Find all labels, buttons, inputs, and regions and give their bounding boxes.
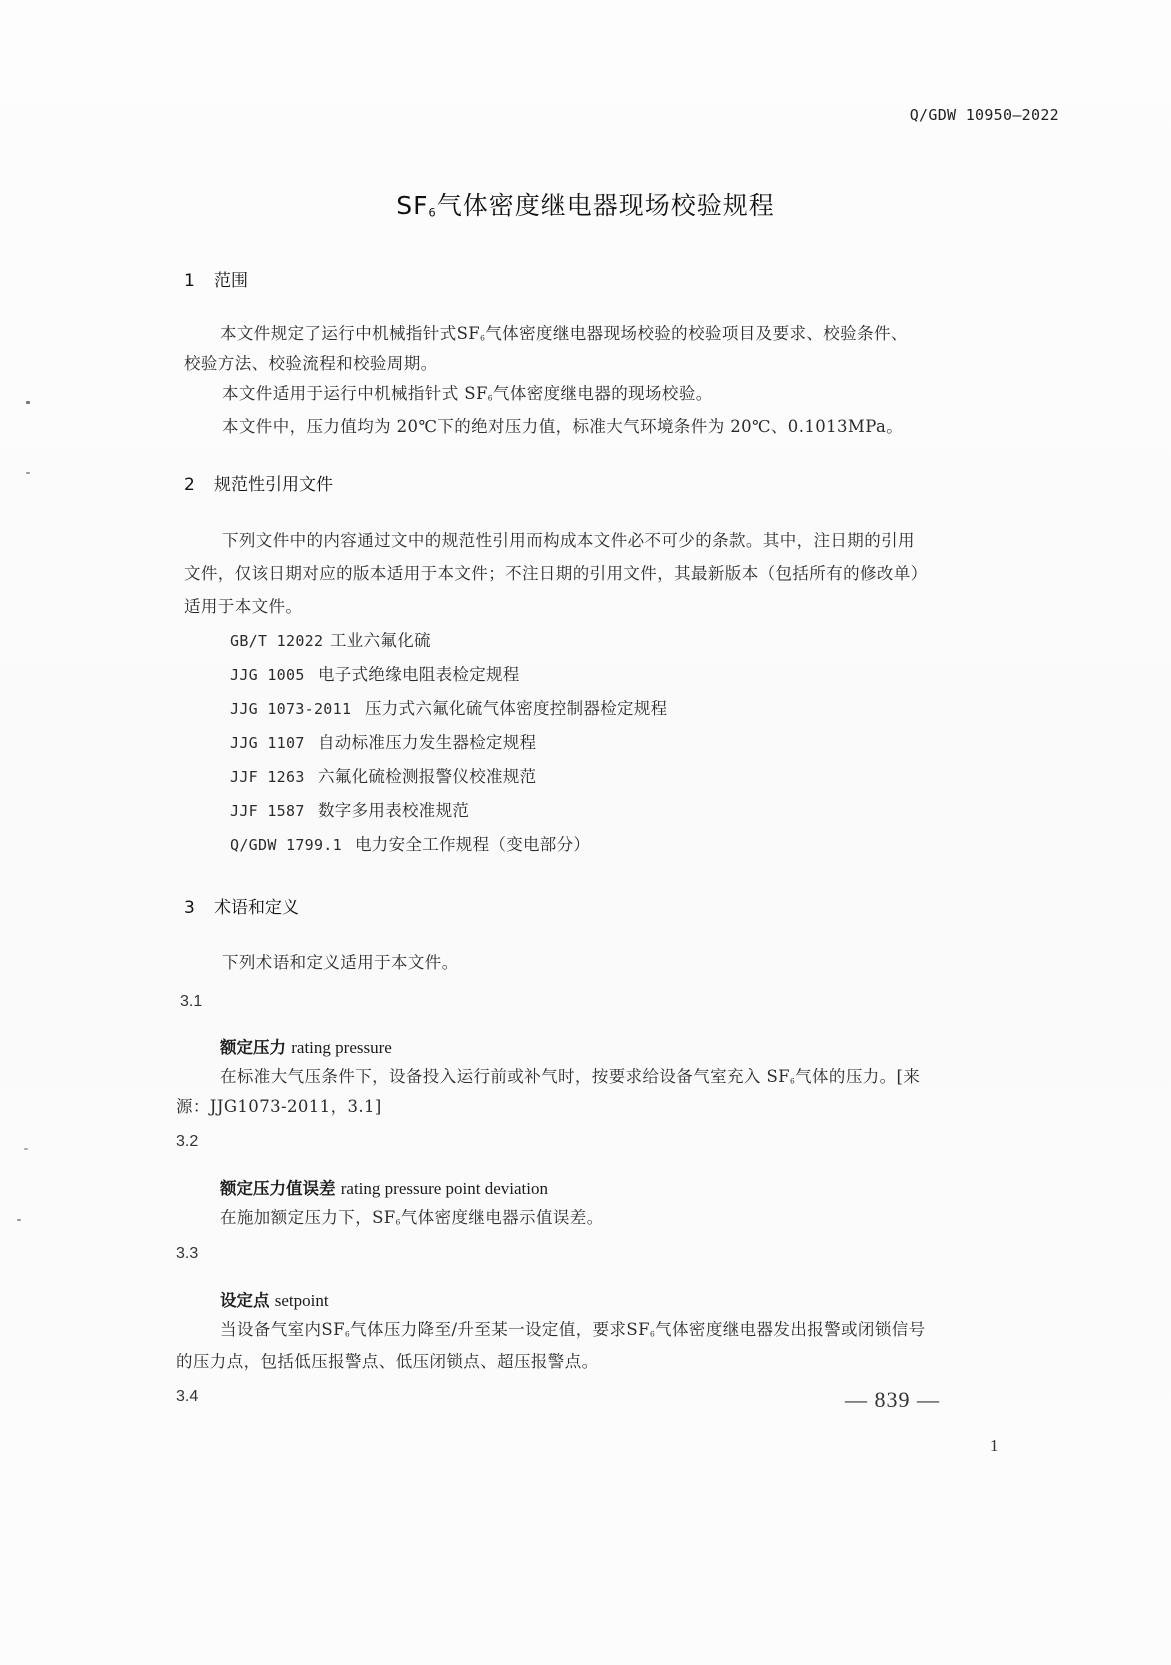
section-number: 3	[184, 898, 214, 918]
document-title: SF6气体密度继电器现场校验规程	[0, 186, 1171, 222]
term-title: 额定压力 rating pressure	[220, 1034, 392, 1058]
term-definition-line: 的压力点，包括低压报警点、低压闭锁点、超压报警点。	[176, 1348, 599, 1372]
section-title: 术语和定义	[214, 898, 299, 918]
text: 气体的压力。[来	[795, 1067, 920, 1086]
section-heading-scope: 1范围	[184, 266, 248, 291]
section-number: 2	[184, 475, 214, 495]
text: 气体压力降至/升至某一设定值，要求SF	[350, 1320, 650, 1339]
standard-code: Q/GDW 10950—2022	[910, 106, 1059, 124]
term-number: 3.2	[176, 1133, 198, 1151]
term-number: 3.1	[180, 993, 202, 1011]
text: 本文件适用于运行中机械指针式 SF	[222, 384, 488, 403]
term-title-en: setpoint	[275, 1291, 329, 1310]
reference-item: JJF 1587数字多用表校准规范	[230, 797, 469, 821]
text: 气体密度继电器示值误差。	[401, 1208, 604, 1227]
reference-code: JJF 1263	[230, 768, 318, 786]
term-definition-line: 当设备气室内SF6气体压力降至/升至某一设定值，要求SF6气体密度继电器发出报警…	[220, 1316, 926, 1340]
reference-code: GB/T 12022	[230, 632, 330, 650]
paragraph-line: 文件，仅该日期对应的版本适用于本文件；不注日期的引用文件，其最新版本（包括所有的…	[184, 560, 928, 584]
reference-item: JJG 1005电子式绝缘电阻表检定规程	[230, 661, 520, 685]
paragraph-line: 下列术语和定义适用于本文件。	[222, 949, 459, 973]
reference-item: JJG 1107自动标准压力发生器检定规程	[230, 729, 536, 753]
title-prefix: SF	[396, 191, 428, 220]
reference-code: JJG 1107	[230, 734, 318, 752]
title-rest: 气体密度继电器现场校验规程	[437, 191, 775, 220]
scan-speck	[17, 1219, 21, 1221]
term-title: 设定点 setpoint	[220, 1287, 329, 1311]
scan-speck	[26, 401, 30, 404]
reference-title: 自动标准压力发生器检定规程	[318, 733, 536, 752]
section-title: 规范性引用文件	[214, 475, 333, 495]
term-definition-line: 在施加额定压力下，SF6气体密度继电器示值误差。	[220, 1204, 604, 1228]
text: 当设备气室内SF	[220, 1320, 345, 1339]
paragraph-line: 校验方法、校验流程和校验周期。	[184, 350, 438, 374]
section-title: 范围	[214, 271, 248, 291]
document-page: Q/GDW 10950—2022 SF6气体密度继电器现场校验规程 1范围 本文…	[0, 0, 1171, 1665]
reference-title: 压力式六氟化硫气体密度控制器检定规程	[365, 699, 667, 718]
reference-item: GB/T 12022工业六氟化硫	[230, 627, 431, 651]
reference-title: 电力安全工作规程（变电部分）	[355, 835, 590, 854]
paragraph-line: 本文件规定了运行中机械指针式SF6气体密度继电器现场校验的校验项目及要求、校验条…	[220, 320, 908, 344]
reference-title: 数字多用表校准规范	[318, 801, 469, 820]
reference-item: JJG 1073-2011压力式六氟化硫气体密度控制器检定规程	[230, 695, 667, 719]
term-title-en: rating pressure point deviation	[341, 1179, 548, 1198]
section-number: 1	[184, 271, 214, 291]
section-heading-normative-references: 2规范性引用文件	[184, 470, 333, 495]
term-definition-line: 源：JJG1073-2011，3.1]	[176, 1093, 382, 1117]
term-number: 3.4	[176, 1388, 198, 1406]
text: 在施加额定压力下，SF	[220, 1208, 396, 1227]
term-title: 额定压力值误差 rating pressure point deviation	[220, 1175, 548, 1199]
term-title-en: rating pressure	[291, 1038, 392, 1057]
page-index: 1	[990, 1436, 999, 1456]
paragraph-line: 本文件适用于运行中机械指针式 SF6气体密度继电器的现场校验。	[222, 380, 713, 404]
paragraph-line: 适用于本文件。	[184, 593, 302, 617]
scan-speck	[24, 1148, 28, 1150]
text: 本文件规定了运行中机械指针式SF	[220, 324, 480, 343]
section-heading-terms: 3术语和定义	[184, 893, 299, 918]
term-title-zh: 额定压力	[220, 1038, 286, 1057]
paragraph-line: 下列文件中的内容通过文中的规范性引用而构成本文件必不可少的条款。其中，注日期的引…	[222, 527, 915, 551]
scan-speck	[26, 472, 30, 474]
reference-code: JJG 1073-2011	[230, 700, 365, 718]
text: 气体密度继电器现场校验的校验项目及要求、校验条件、	[485, 324, 908, 343]
text: 气体密度继电器的现场校验。	[493, 384, 713, 403]
reference-code: JJG 1005	[230, 666, 318, 684]
page-number: — 839 —	[845, 1387, 940, 1413]
reference-title: 电子式绝缘电阻表检定规程	[318, 665, 520, 684]
reference-title: 六氟化硫检测报警仪校准规范	[318, 767, 536, 786]
text: 在标准大气压条件下，设备投入运行前或补气时，按要求给设备气室充入 SF	[220, 1067, 790, 1086]
reference-item: JJF 1263六氟化硫检测报警仪校准规范	[230, 763, 536, 787]
reference-code: Q/GDW 1799.1	[230, 836, 355, 854]
reference-item: Q/GDW 1799.1电力安全工作规程（变电部分）	[230, 831, 590, 855]
term-definition-line: 在标准大气压条件下，设备投入运行前或补气时，按要求给设备气室充入 SF6气体的压…	[220, 1063, 920, 1087]
reference-title: 工业六氟化硫	[330, 631, 431, 650]
text: 气体密度继电器发出报警或闭锁信号	[655, 1320, 925, 1339]
paragraph-line: 本文件中，压力值均为 20℃下的绝对压力值，标准大气环境条件为 20℃、0.10…	[222, 413, 903, 437]
reference-code: JJF 1587	[230, 802, 318, 820]
term-number: 3.3	[176, 1245, 198, 1263]
title-subscript: 6	[429, 206, 437, 219]
term-title-zh: 设定点	[220, 1291, 270, 1310]
term-title-zh: 额定压力值误差	[220, 1179, 336, 1198]
